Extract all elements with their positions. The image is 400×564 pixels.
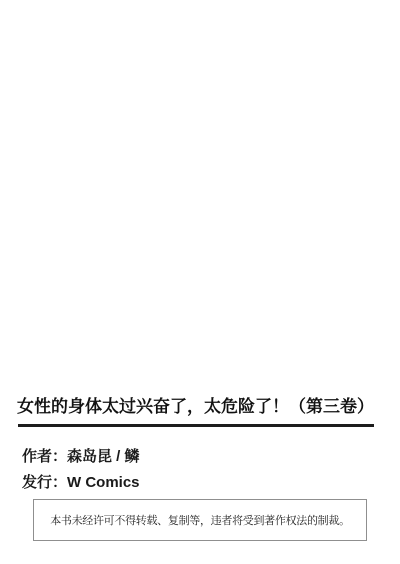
book-title: 女性的身体太过兴奋了，太危险了！（第三卷） <box>17 395 393 419</box>
publisher-credit-line: 发行：W Comics <box>22 471 140 492</box>
colophon-page: 女性的身体太过兴奋了，太危险了！（第三卷） 作者：森岛昆 / 鳞 发行：W Co… <box>0 0 400 564</box>
title-divider-rule <box>18 424 374 427</box>
author-credit-line: 作者：森岛昆 / 鳞 <box>22 445 140 466</box>
copyright-disclaimer-box: 本书未经许可不得转载、复制等，违者将受到著作权法的制裁。 <box>33 499 367 541</box>
copyright-disclaimer-text: 本书未经许可不得转载、复制等，违者将受到著作权法的制裁。 <box>50 512 350 528</box>
